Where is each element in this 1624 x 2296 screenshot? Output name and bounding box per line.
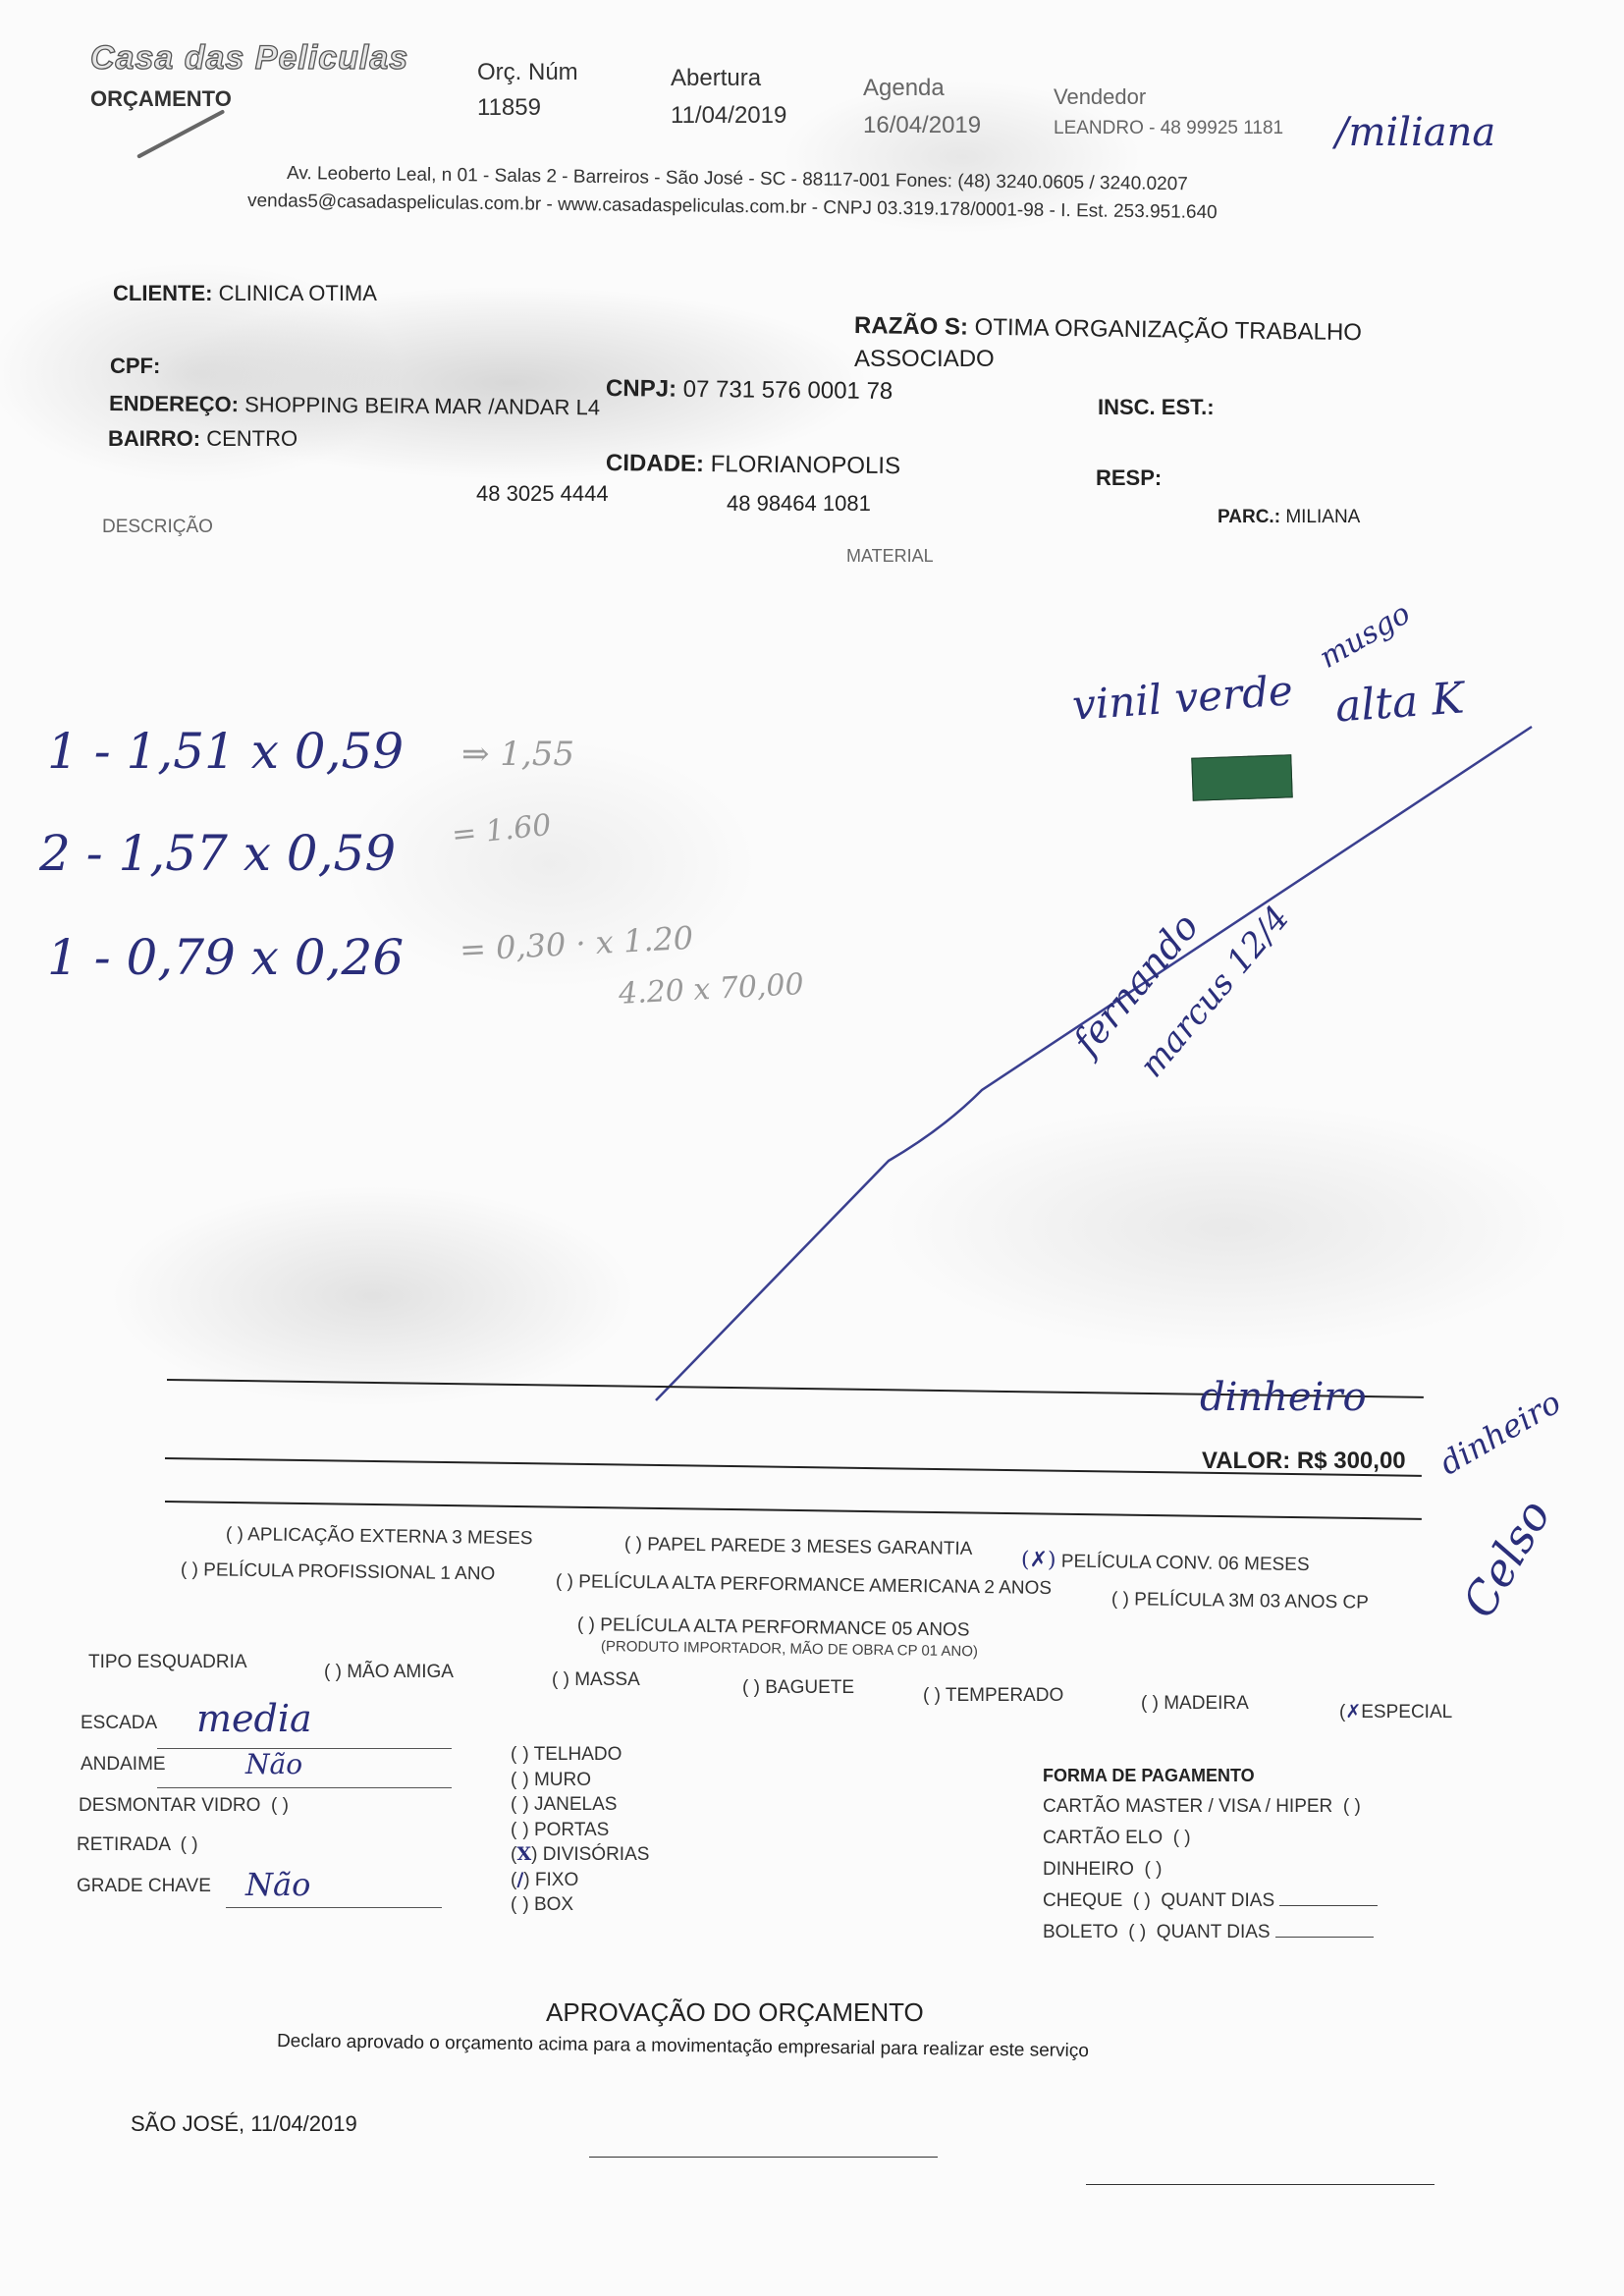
cheque-dias-field[interactable] bbox=[1279, 1905, 1378, 1906]
pagamento-option-dinheiro[interactable]: DINHEIRO ( ) bbox=[1043, 1854, 1378, 1886]
option-label: MASSA bbox=[574, 1669, 640, 1690]
strike-through-line bbox=[0, 0, 1624, 2296]
option-label: TEMPERADO bbox=[946, 1685, 1063, 1706]
approval-title: APROVAÇÃO DO ORÇAMENTO bbox=[546, 1997, 924, 2028]
pay-label: CARTÃO MASTER / VISA / HIPER bbox=[1043, 1796, 1332, 1817]
service-option-6[interactable]: ( ) PELÍCULA 3M 03 ANOS CP bbox=[1111, 1589, 1369, 1614]
local-option-fixo-checked[interactable]: (/) FIXO bbox=[511, 1868, 649, 1893]
option-label: ESPECIAL bbox=[1361, 1702, 1452, 1722]
andaime-label: ANDAIME bbox=[81, 1754, 166, 1776]
retirada-field[interactable]: RETIRADA ( ) bbox=[77, 1834, 198, 1856]
dias-label: QUANT DIAS bbox=[1161, 1890, 1274, 1911]
local-label: FIXO bbox=[535, 1870, 578, 1890]
escada-underline bbox=[157, 1748, 452, 1749]
desmontar-label: DESMONTAR VIDRO bbox=[79, 1795, 260, 1816]
service-label: PELÍCULA PROFISSIONAL 1 ANO bbox=[203, 1559, 495, 1584]
service-label: PAPEL PAREDE 3 MESES GARANTIA bbox=[647, 1534, 972, 1559]
service-label: PELÍCULA CONV. 06 MESES bbox=[1061, 1552, 1310, 1576]
local-label: TELHADO bbox=[534, 1744, 623, 1765]
local-label: JANELAS bbox=[534, 1794, 617, 1815]
check-mark-icon: / bbox=[516, 1869, 523, 1890]
pay-label: CARTÃO ELO bbox=[1043, 1828, 1163, 1848]
grade-chave-value[interactable]: Não bbox=[245, 1866, 310, 1903]
service-label: PELÍCULA ALTA PERFORMANCE 05 ANOS bbox=[600, 1614, 970, 1640]
local-label: DIVISÓRIAS bbox=[543, 1844, 650, 1865]
local-option-muro[interactable]: ( ) MURO bbox=[511, 1768, 649, 1793]
local-label: BOX bbox=[534, 1894, 573, 1915]
pagamento-option-boleto[interactable]: BOLETO ( ) QUANT DIAS bbox=[1043, 1917, 1378, 1948]
valor-label: VALOR: bbox=[1202, 1448, 1290, 1474]
mark bbox=[516, 1793, 522, 1815]
grade-chave-label: GRADE CHAVE bbox=[77, 1876, 211, 1897]
esquadria-option-madeira[interactable]: ( ) MADEIRA bbox=[1141, 1693, 1249, 1715]
pagamento-option-cartao-elo[interactable]: CARTÃO ELO ( ) bbox=[1043, 1823, 1378, 1854]
check-mark-icon: X bbox=[516, 1843, 531, 1865]
esquadria-option-baguete[interactable]: ( ) BAGUETE bbox=[742, 1677, 854, 1699]
check-mark-icon: ✗ bbox=[1345, 1701, 1361, 1722]
service-option-4[interactable]: ( ) PELÍCULA PROFISSIONAL 1 ANO bbox=[181, 1559, 496, 1585]
andaime-value[interactable]: Não bbox=[245, 1748, 302, 1780]
andaime-underline bbox=[157, 1787, 452, 1788]
service-option-3-checked[interactable]: (✗) PELÍCULA CONV. 06 MESES bbox=[1021, 1548, 1310, 1576]
valor-amount: R$ 300,00 bbox=[1297, 1448, 1406, 1474]
pagamento-option-cartao-master[interactable]: CARTÃO MASTER / VISA / HIPER ( ) bbox=[1043, 1791, 1378, 1823]
option-label: MÃO AMIGA bbox=[347, 1662, 454, 1682]
option-label: MADEIRA bbox=[1164, 1693, 1249, 1714]
retirada-label: RETIRADA bbox=[77, 1834, 170, 1855]
local-option-telhado[interactable]: ( ) TELHADO bbox=[511, 1742, 649, 1768]
local-option-portas[interactable]: ( ) PORTAS bbox=[511, 1818, 649, 1843]
mark bbox=[516, 1893, 522, 1915]
scanned-page: Casa das Peliculas ORÇAMENTO Orç. Núm 11… bbox=[0, 0, 1624, 2296]
esquadria-option-temperado[interactable]: ( ) TEMPERADO bbox=[923, 1685, 1063, 1707]
option-label: BAGUETE bbox=[765, 1677, 854, 1698]
escada-value[interactable]: media bbox=[196, 1697, 312, 1740]
esquadria-option-mao-amiga[interactable]: ( ) MÃO AMIGA bbox=[324, 1662, 454, 1683]
local-option-divisorias-checked[interactable]: (X) DIVISÓRIAS bbox=[511, 1842, 649, 1868]
service-label: APLICAÇÃO EXTERNA 3 MESES bbox=[247, 1524, 533, 1549]
esquadria-option-especial-checked[interactable]: (✗ESPECIAL bbox=[1339, 1701, 1452, 1723]
dias-label: QUANT DIAS bbox=[1157, 1922, 1271, 1942]
valor-field: VALOR: R$ 300,00 bbox=[1202, 1448, 1406, 1475]
service-label: PELÍCULA 3M 03 ANOS CP bbox=[1134, 1589, 1369, 1613]
local-option-janelas[interactable]: ( ) JANELAS bbox=[511, 1792, 649, 1818]
pay-label: CHEQUE bbox=[1043, 1890, 1122, 1911]
local-label: MURO bbox=[534, 1770, 591, 1790]
check-mark-icon: (✗) bbox=[1021, 1548, 1056, 1572]
esquadria-label: TIPO ESQUADRIA bbox=[88, 1652, 247, 1673]
pay-label: DINHEIRO bbox=[1043, 1859, 1134, 1880]
mark bbox=[516, 1743, 522, 1765]
mark bbox=[516, 1819, 522, 1840]
local-option-box[interactable]: ( ) BOX bbox=[511, 1892, 649, 1918]
local-label: PORTAS bbox=[534, 1820, 609, 1840]
service-option-1[interactable]: ( ) APLICAÇÃO EXTERNA 3 MESES bbox=[226, 1524, 533, 1550]
esquadria-option-massa[interactable]: ( ) MASSA bbox=[552, 1669, 640, 1691]
locais-list: ( ) TELHADO ( ) MURO ( ) JANELAS ( ) POR… bbox=[511, 1742, 649, 1918]
grade-chave-underline bbox=[226, 1907, 442, 1908]
mark bbox=[516, 1769, 522, 1790]
signature-line-company[interactable] bbox=[1086, 2184, 1435, 2185]
approval-place-date: SÃO JOSÉ, 11/04/2019 bbox=[131, 2111, 357, 2137]
pagamento-title: FORMA DE PAGAMENTO bbox=[1043, 1760, 1378, 1791]
boleto-dias-field[interactable] bbox=[1275, 1937, 1374, 1938]
desmontar-vidro-field[interactable]: DESMONTAR VIDRO ( ) bbox=[79, 1795, 289, 1817]
pay-label: BOLETO bbox=[1043, 1922, 1118, 1942]
payment-written: dinheiro bbox=[1200, 1375, 1367, 1420]
escada-label: ESCADA bbox=[81, 1713, 157, 1734]
pagamento-section: FORMA DE PAGAMENTO CARTÃO MASTER / VISA … bbox=[1043, 1760, 1378, 1948]
pagamento-option-cheque[interactable]: CHEQUE ( ) QUANT DIAS bbox=[1043, 1886, 1378, 1917]
signature-line-client[interactable] bbox=[589, 2157, 938, 2158]
